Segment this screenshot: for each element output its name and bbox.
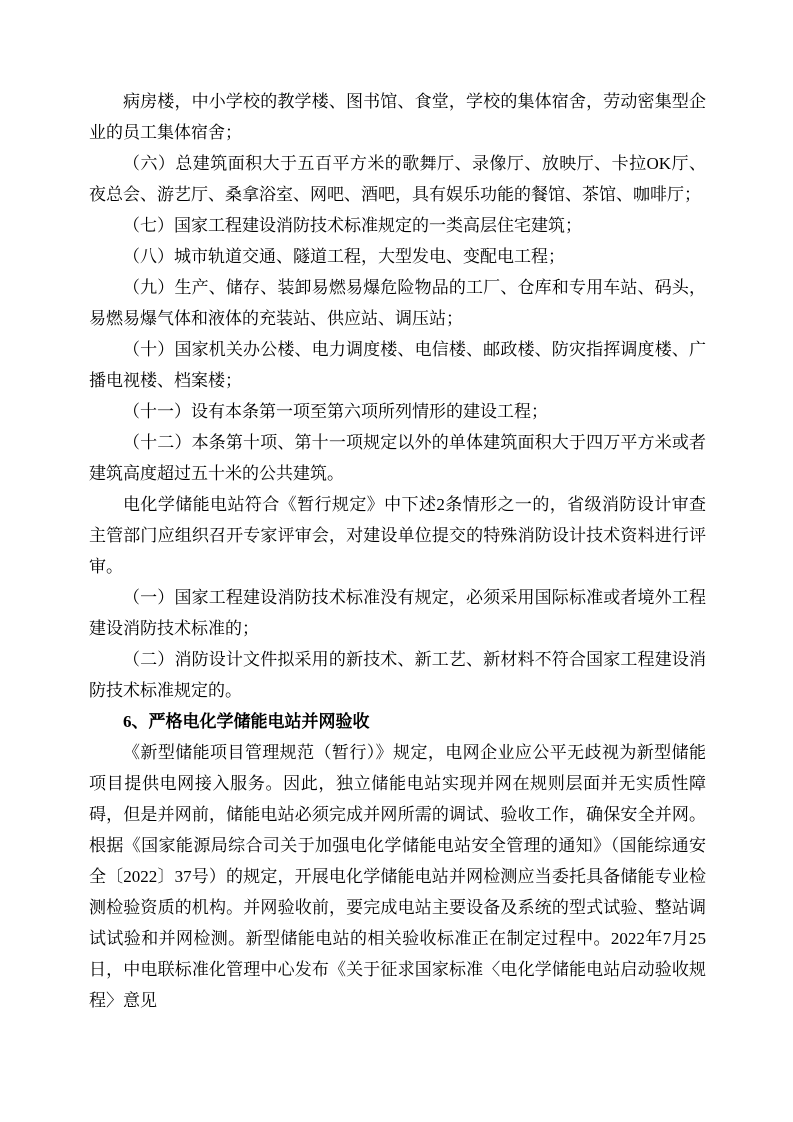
- clause-nine-hazardous-materials: （九）生产、储存、装卸易燃易爆危险物品的工厂、仓库和专用车站、码头，易燃易爆气体…: [89, 272, 706, 334]
- paragraph-dormitories-continuation: 病房楼，中小学校的教学楼、图书馆、食堂，学校的集体宿舍，劳动密集型企业的员工集体…: [89, 86, 706, 148]
- clause-eight-rail-tunnel-power: （八）城市轨道交通、隧道工程，大型发电、变配电工程；: [89, 241, 706, 272]
- clause-ten-government-buildings: （十）国家机关办公楼、电力调度楼、电信楼、邮政楼、防灾指挥调度楼、广播电视楼、档…: [89, 334, 706, 396]
- paragraph-grid-connection-details: 《新型储能项目管理规范（暂行）》规定，电网企业应公平无歧视为新型储能项目提供电网…: [89, 737, 706, 1016]
- clause-eleven-listed-situations: （十一）设有本条第一项至第六项所列情形的建设工程；: [89, 396, 706, 427]
- clause-seven-highrise-residential: （七）国家工程建设消防技术标准规定的一类高层住宅建筑；: [89, 210, 706, 241]
- paragraph-expert-review: 电化学储能电站符合《暂行规定》中下述2条情形之一的，省级消防设计审查主管部门应组…: [89, 489, 706, 582]
- document-page: 病房楼，中小学校的教学楼、图书馆、食堂，学校的集体宿舍，劳动密集型企业的员工集体…: [0, 0, 793, 1122]
- clause-one-no-national-standard: （一）国家工程建设消防技术标准没有规定，必须采用国际标准或者境外工程建设消防技术…: [89, 582, 706, 644]
- document-body: 病房楼，中小学校的教学楼、图书馆、食堂，学校的集体宿舍，劳动密集型企业的员工集体…: [89, 86, 706, 1016]
- clause-twelve-public-buildings: （十二）本条第十项、第十一项规定以外的单体建筑面积大于四万平方米或者建筑高度超过…: [89, 427, 706, 489]
- clause-two-new-tech-materials: （二）消防设计文件拟采用的新技术、新工艺、新材料不符合国家工程建设消防技术标准规…: [89, 644, 706, 706]
- clause-six-entertainment-venues: （六）总建筑面积大于五百平方米的歌舞厅、录像厅、放映厅、卡拉OK厅、夜总会、游艺…: [89, 148, 706, 210]
- section-heading-grid-connection-acceptance: 6、严格电化学储能电站并网验收: [89, 706, 706, 737]
